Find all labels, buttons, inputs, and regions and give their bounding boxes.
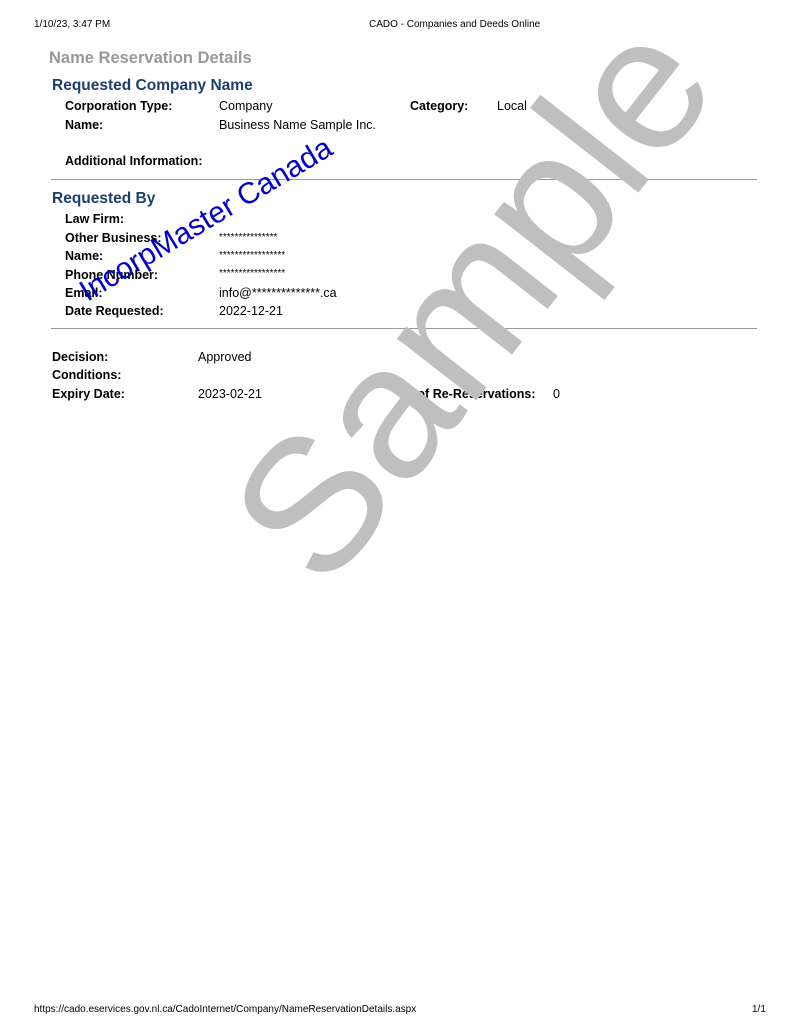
document-title: Name Reservation Details	[49, 49, 252, 68]
category-label: Category:	[410, 99, 468, 113]
law-firm-label: Law Firm:	[65, 212, 124, 226]
expiry-date-value: 2023-02-21	[198, 387, 262, 401]
requester-name-value: *****************	[219, 250, 285, 261]
print-datetime: 1/10/23, 3:47 PM	[34, 19, 110, 30]
conditions-label: Conditions:	[52, 368, 121, 382]
email-value: info@**************.ca	[219, 286, 337, 300]
print-url: https://cado.eservices.gov.nl.ca/CadoInt…	[34, 1004, 416, 1015]
decision-value: Approved	[198, 350, 252, 364]
email-label: Email:	[65, 286, 103, 300]
divider	[51, 328, 757, 329]
divider	[51, 179, 757, 180]
section-requested-company-name: Requested Company Name	[52, 77, 253, 95]
additional-info-label: Additional Information:	[65, 154, 202, 168]
section-requested-by: Requested By	[52, 190, 155, 208]
print-page-number: 1/1	[752, 1004, 766, 1015]
phone-label: Phone Number:	[65, 268, 158, 282]
company-name-label: Name:	[65, 118, 103, 132]
corporation-type-value: Company	[219, 99, 273, 113]
corporation-type-label: Corporation Type:	[65, 99, 172, 113]
re-reservations-value: 0	[553, 387, 560, 401]
expiry-date-label: Expiry Date:	[52, 387, 125, 401]
re-reservations-label: # of Re-Reservations:	[407, 387, 536, 401]
phone-value: *****************	[219, 268, 285, 279]
other-business-value: ***************	[219, 232, 277, 243]
category-value: Local	[497, 99, 527, 113]
decision-label: Decision:	[52, 350, 108, 364]
other-business-label: Other Business:	[65, 231, 162, 245]
requester-name-label: Name:	[65, 249, 103, 263]
date-requested-value: 2022-12-21	[219, 304, 283, 318]
date-requested-label: Date Requested:	[65, 304, 164, 318]
company-name-value: Business Name Sample Inc.	[219, 118, 376, 132]
print-page-title: CADO - Companies and Deeds Online	[369, 19, 540, 30]
